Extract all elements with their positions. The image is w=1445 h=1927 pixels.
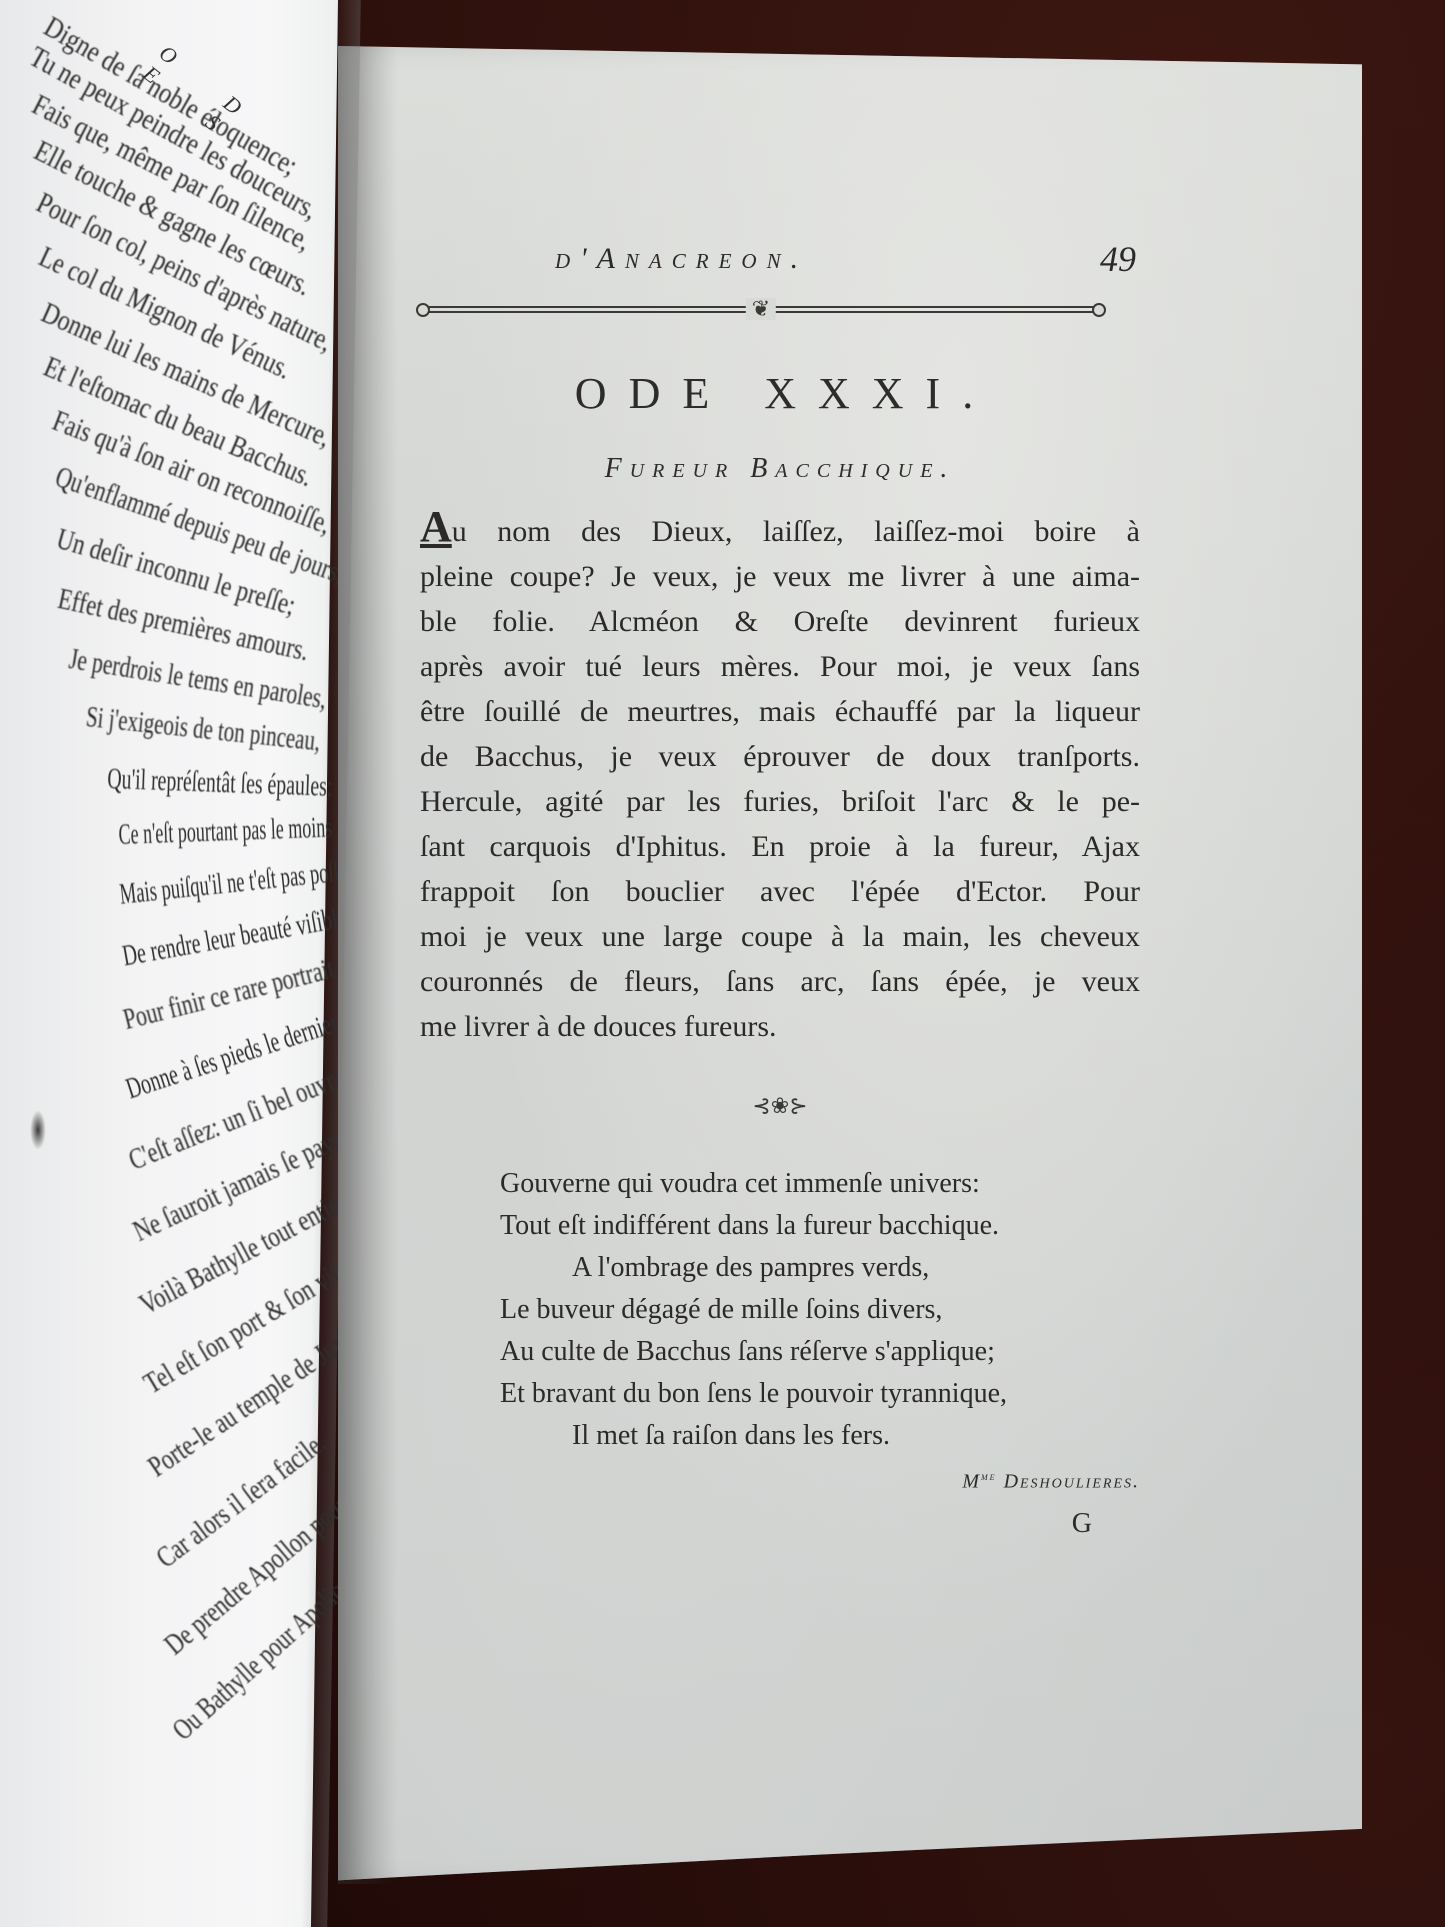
left-page-content: O D E S Digne de ſa noble éloquence; Tu … — [0, 0, 338, 1927]
left-verse-line: Ce n'eſt pourtant pas le moins beau. — [118, 809, 338, 852]
prose-line: être ſouillé de meurtres, mais échauffé … — [420, 689, 1140, 734]
running-title: d'Anacreon. — [555, 242, 808, 276]
prose-line: moi je veux une large coupe à la main, l… — [420, 914, 1140, 959]
verse-line: Il met ſa raiſon dans les fers. — [500, 1415, 1140, 1457]
ode-title: ODE XXXI. — [420, 368, 1140, 419]
verse-line: Tout eſt indifférent dans la fureur bacc… — [500, 1205, 1140, 1247]
rule-ornament-icon: ❦ — [746, 298, 776, 320]
prose-line: ſant carquois d'Iphitus. En proie à la f… — [420, 824, 1140, 869]
rule-end-left-icon — [416, 303, 430, 317]
ode-subtitle: Fureur Bacchique. — [420, 453, 1140, 485]
prose-line: couronnés de fleurs, ſans arc, ſans épée… — [420, 959, 1140, 1004]
left-verse-line: Mais puiſqu'il ne t'eſt pas poſſible — [118, 852, 338, 912]
verse-line: Le buveur dégagé de mille ſoins divers, — [500, 1289, 1140, 1331]
attribution-name: Deshoulieres. — [1004, 1471, 1140, 1493]
signature-mark: G — [420, 1508, 1140, 1540]
ornamental-head-rule: ❦ — [416, 298, 1106, 320]
prose-line: Hercule, agité par les furies, briſoit l… — [420, 779, 1140, 824]
page-number: 49 — [1100, 238, 1136, 280]
verse-quotation: Gouverne qui voudra cet immenſe univers:… — [500, 1163, 1140, 1457]
right-page-content: d'Anacreon. 49 ❦ ODE XXXI. Fureur Bacchi… — [420, 230, 1140, 1540]
attribution: Mme Deshoulieres. — [420, 1469, 1140, 1494]
prose-paragraph: Au nom des Dieux, laiſſez, laiſſez-moi b… — [420, 509, 1140, 1049]
prose-line: de Bacchus, je veux éprouver de doux tra… — [420, 734, 1140, 779]
verse-line: A l'ombrage des pampres verds, — [500, 1247, 1140, 1289]
fleuron-ornament-icon: ⊰❀⊱ — [420, 1093, 1140, 1119]
rule-end-right-icon — [1092, 303, 1106, 317]
left-verse-line: Qu'il repréſentât ſes épaules; — [107, 762, 333, 804]
prose-line: frappoit ſon bouclier avec l'épée d'Ecto… — [420, 869, 1140, 914]
drop-cap: A — [420, 502, 452, 551]
verse-line: Et bravant du bon ſens le pouvoir tyrann… — [500, 1373, 1140, 1415]
prose-line: après avoir tué leurs mères. Pour moi, j… — [420, 644, 1140, 689]
prose-line: Au nom des Dieux, laiſſez, laiſſez-moi b… — [420, 509, 1140, 554]
verse-line: Au culte de Bacchus ſans réſerve s'appli… — [500, 1331, 1140, 1373]
prose-line: pleine coupe? Je veux, je veux me livrer… — [420, 554, 1140, 599]
prose-line: ble folie. Alcméon & Oreſte devinrent fu… — [420, 599, 1140, 644]
verse-line: Gouverne qui voudra cet immenſe univers: — [500, 1163, 1140, 1205]
running-head: d'Anacreon. 49 — [420, 230, 1140, 290]
prose-line: me livrer à de douces fureurs. — [420, 1004, 1140, 1049]
